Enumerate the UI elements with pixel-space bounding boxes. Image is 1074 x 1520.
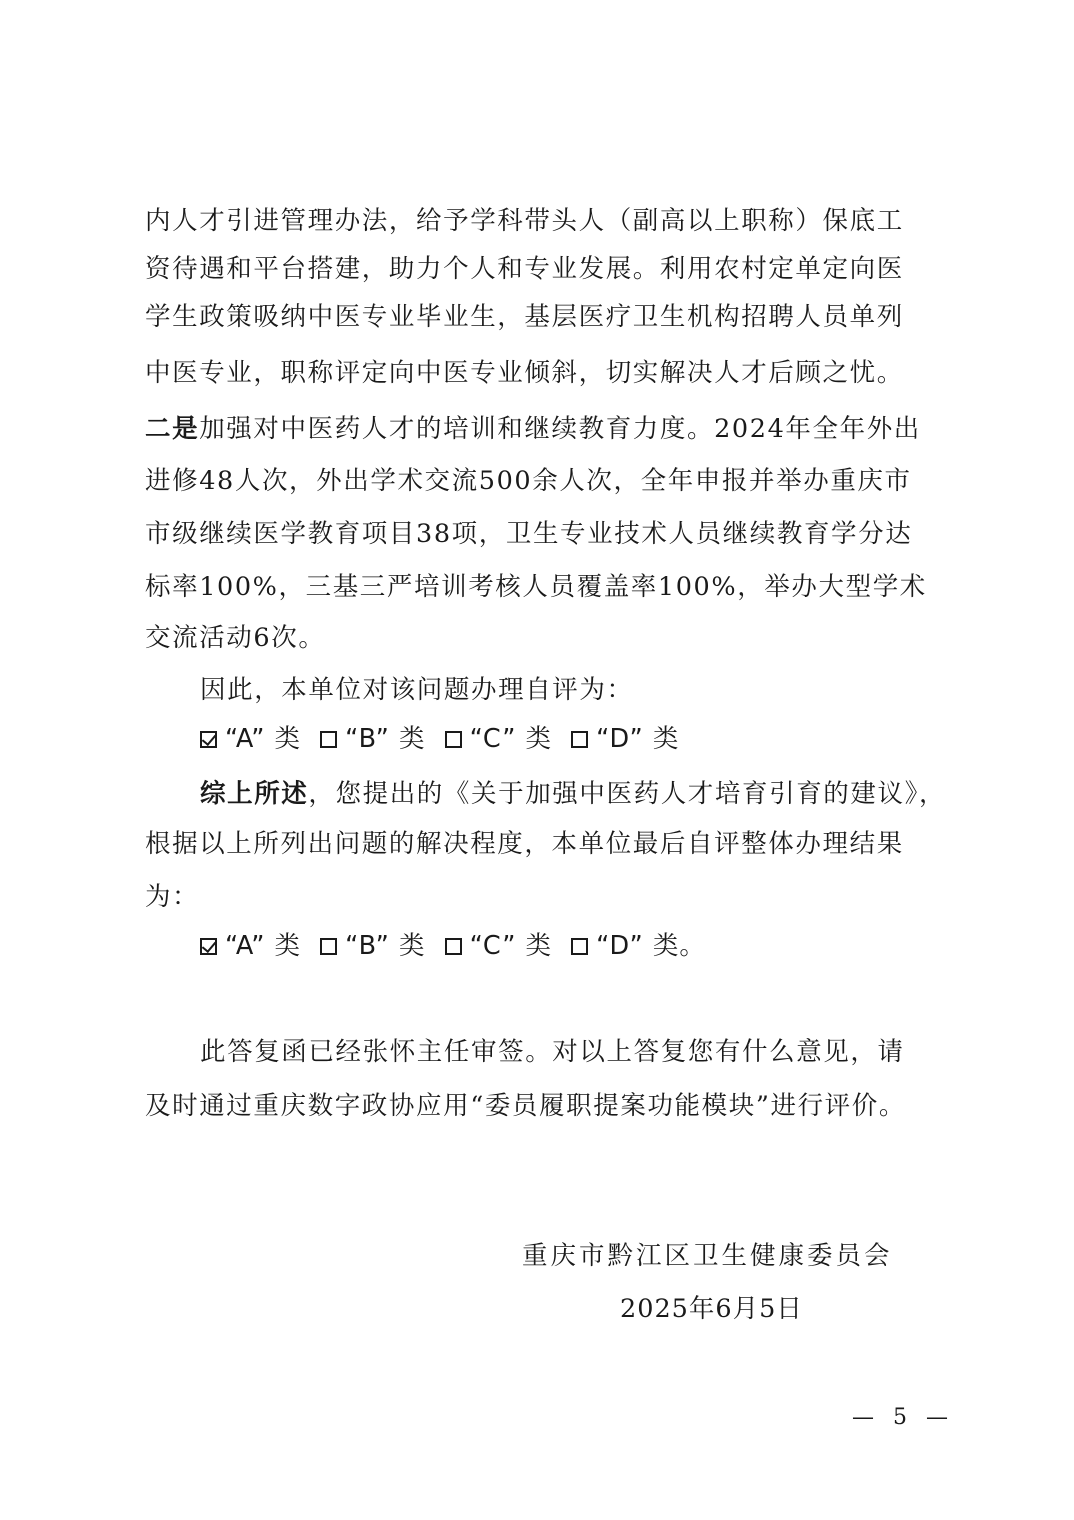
point-2-label: 二是 — [145, 414, 199, 444]
body-line: 根据以上所列出问题的解决程度，本单位最后自评整体办理结果 — [145, 828, 945, 860]
body-line: 中医专业，职称评定向中医专业倾斜，切实解决人才后顾之忧。 — [145, 357, 945, 389]
option-a[interactable]: “A” 类 — [200, 930, 301, 962]
body-line: 进修48人次，外出学术交流500余人次，全年申报并举办重庆市 — [145, 465, 945, 497]
option-a[interactable]: “A” 类 — [200, 723, 301, 755]
option-d[interactable]: “D” 类。 — [571, 930, 706, 962]
option-b[interactable]: “B” 类 — [320, 930, 425, 962]
body-line: 内人才引进管理办法，给予学科带头人（副高以上职称）保底工 — [145, 205, 945, 237]
summary-line: 综上所述，您提出的《关于加强中医药人才培育引育的建议》， — [200, 778, 1000, 810]
point-2-line: 二是加强对中医药人才的培训和继续教育力度。2024年全年外出 — [145, 413, 945, 445]
signature-date: 2025年6月5日 — [620, 1293, 803, 1325]
closing-line: 及时通过重庆数字政协应用“委员履职提案功能模块”进行评价。 — [145, 1090, 945, 1122]
checkbox-empty-icon[interactable] — [571, 731, 588, 748]
checkbox-checked-icon[interactable] — [200, 731, 217, 748]
body-line: 学生政策吸纳中医专业毕业生，基层医疗卫生机构招聘人员单列 — [145, 301, 945, 333]
summary-label: 综上所述 — [200, 779, 308, 809]
document-page: 内人才引进管理办法，给予学科带头人（副高以上职称）保底工 资待遇和平台搭建，助力… — [0, 0, 1074, 1520]
option-b[interactable]: “B” 类 — [320, 723, 425, 755]
page-number: — 5 — — [852, 1405, 954, 1430]
checkbox-empty-icon[interactable] — [445, 731, 462, 748]
rating-options-overall: “A” 类 “B” 类 “C” 类 “D” 类。 — [200, 930, 1000, 962]
checkbox-empty-icon[interactable] — [445, 938, 462, 955]
checkbox-checked-icon[interactable] — [200, 938, 217, 955]
option-d[interactable]: “D” 类 — [571, 723, 679, 755]
point-2-text: 加强对中医药人才的培训和继续教育力度。2024年全年外出 — [199, 414, 921, 444]
checkbox-empty-icon[interactable] — [571, 938, 588, 955]
body-line: 交流活动6次。 — [145, 622, 945, 654]
body-line: 为： — [145, 881, 945, 913]
summary-text: ，您提出的《关于加强中医药人才培育引育的建议》， — [308, 779, 946, 809]
self-eval-intro: 因此，本单位对该问题办理自评为： — [200, 674, 1000, 706]
closing-line: 此答复函已经张怀主任审签。对以上答复您有什么意见，请 — [200, 1036, 1000, 1068]
body-line: 市级继续医学教育项目38项，卫生专业技术人员继续教育学分达 — [145, 518, 945, 550]
checkbox-empty-icon[interactable] — [320, 731, 337, 748]
signature-org: 重庆市黔江区卫生健康委员会 — [522, 1240, 893, 1272]
body-line: 资待遇和平台搭建，助力个人和专业发展。利用农村定单定向医 — [145, 253, 945, 285]
checkbox-empty-icon[interactable] — [320, 938, 337, 955]
rating-options-issue: “A” 类 “B” 类 “C” 类 “D” 类 — [200, 723, 1000, 755]
option-c[interactable]: “C” 类 — [445, 723, 552, 755]
body-line: 标率100%，三基三严培训考核人员覆盖率100%，举办大型学术 — [145, 571, 945, 603]
option-c[interactable]: “C” 类 — [445, 930, 552, 962]
